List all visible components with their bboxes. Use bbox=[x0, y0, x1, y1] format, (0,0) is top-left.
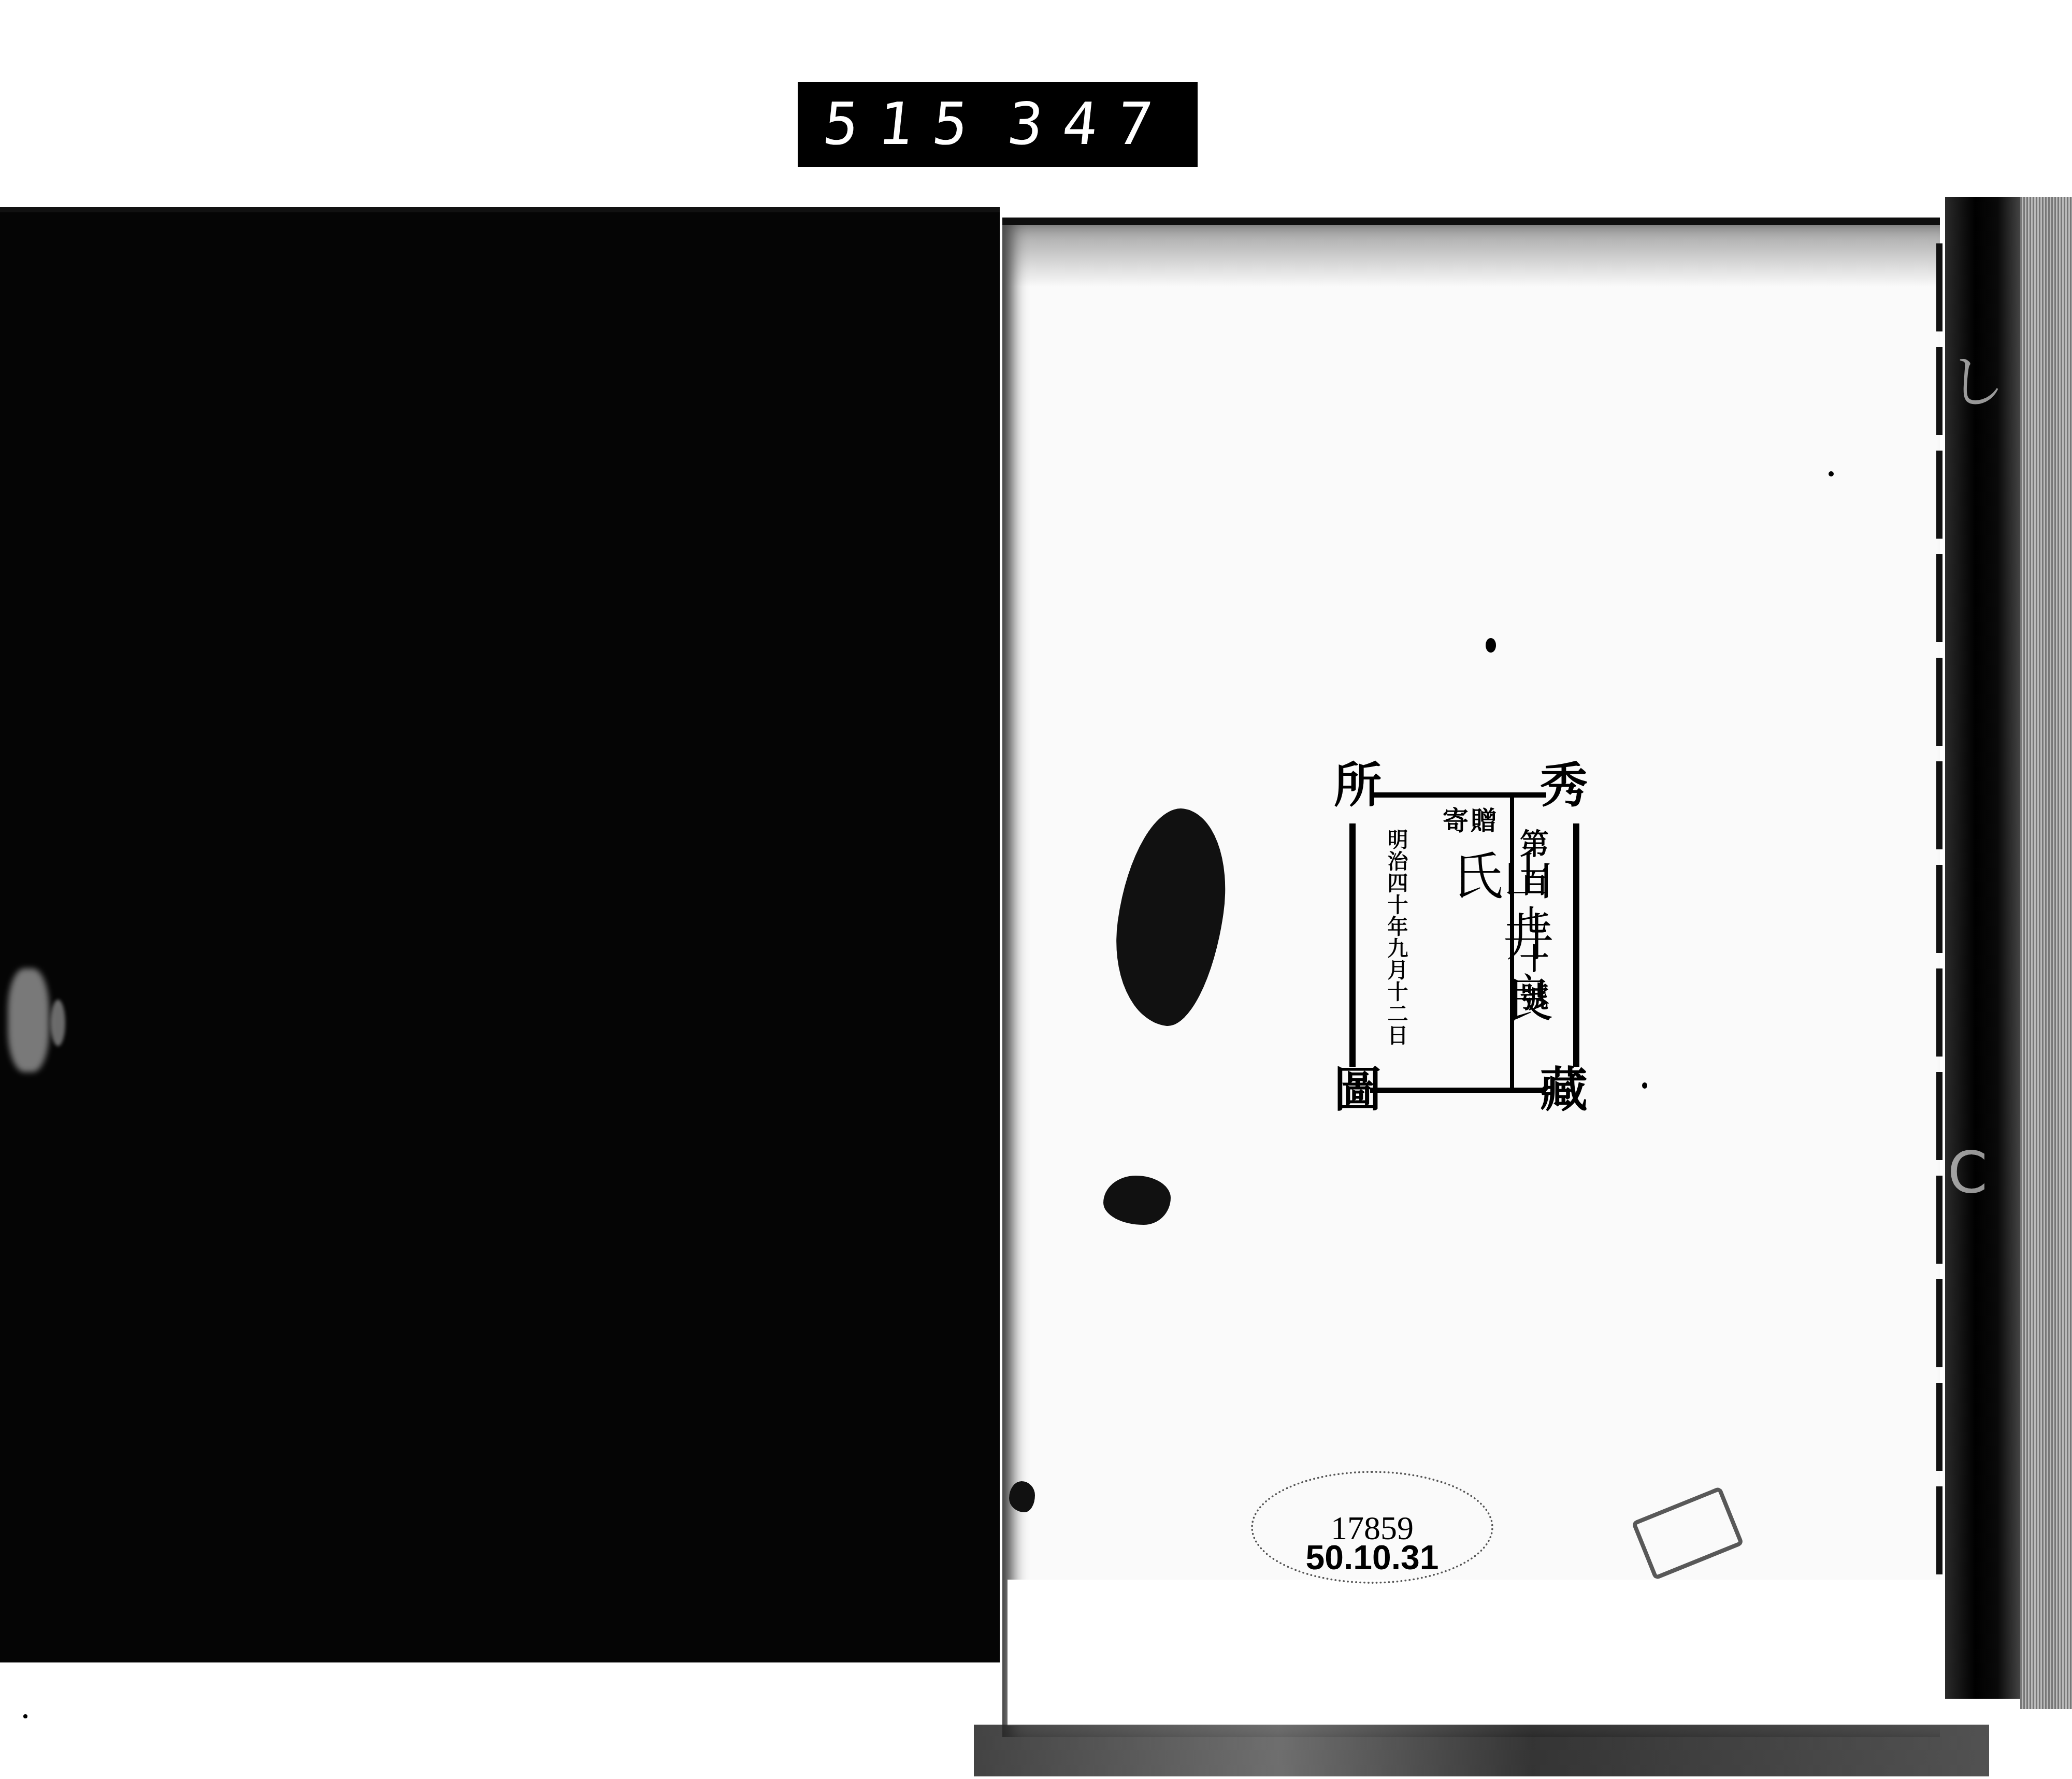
bookplate-corner-top-right: 秀 bbox=[1540, 761, 1588, 809]
accession-stamp: 17859 50.10.31 bbox=[1251, 1471, 1493, 1584]
speck bbox=[23, 1714, 27, 1718]
page-top-soiling bbox=[1002, 225, 1940, 287]
fore-edge-mark-2: C bbox=[1948, 1139, 1988, 1206]
cover-wear-mark bbox=[8, 968, 49, 1072]
left-inside-cover bbox=[0, 207, 1000, 1662]
film-frame-number: 347 bbox=[1004, 91, 1175, 158]
page-bottom-margin bbox=[1008, 1580, 1963, 1726]
bookplate-frame: 第百七十號 寄贈 山井良氏 明治四十年九月十二日 bbox=[1370, 792, 1546, 1093]
bookplate-date: 明治四十年九月十二日 bbox=[1386, 829, 1406, 1046]
page-stack-edge bbox=[2020, 197, 2072, 1709]
ink-speck bbox=[1486, 638, 1496, 653]
ink-blot-edge bbox=[1009, 1481, 1035, 1512]
page-bottom-shadow bbox=[974, 1725, 1989, 1776]
accession-date: 50.10.31 bbox=[1253, 1538, 1491, 1577]
page-margin-line bbox=[1936, 243, 1942, 1590]
ink-blot-small bbox=[1103, 1176, 1171, 1225]
bookplate-donor-name: 山井良氏 bbox=[1448, 849, 1549, 1088]
speck bbox=[1642, 1082, 1647, 1089]
speck bbox=[1829, 471, 1834, 476]
cover-wear-mark-small bbox=[51, 1000, 65, 1046]
bookplate-donation-label: 寄贈 bbox=[1443, 808, 1499, 834]
fore-edge-mark-1: し bbox=[1948, 337, 2005, 418]
film-reel-number: 515 bbox=[820, 91, 991, 158]
book-fore-edge bbox=[1945, 197, 2020, 1699]
microfilm-frame-label: 515 347 bbox=[798, 82, 1198, 167]
library-bookplate: 所 秀 圖 藏 第百七十號 寄贈 山井良氏 明治四十年九月十二日 bbox=[1334, 761, 1588, 1113]
